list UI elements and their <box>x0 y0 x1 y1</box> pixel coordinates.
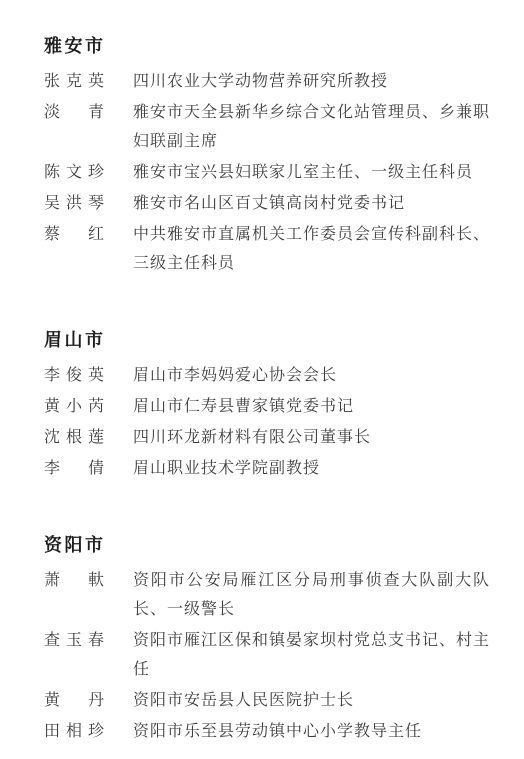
list-item: 吴洪琴 雅安市名山区百丈镇高岗村党委书记 <box>44 189 490 218</box>
list-item: 萧 軑 资阳市公安局雁江区分局刑事侦查大队副大队长、一级警长 <box>44 566 490 624</box>
person-name: 黄 丹 <box>44 686 104 715</box>
list-item: 蔡 红 中共雅安市直属机关工作委员会宣传科副科长、三级主任科员 <box>44 220 490 278</box>
person-title: 雅安市名山区百丈镇高岗村党委书记 <box>133 189 490 218</box>
person-title: 四川农业大学动物营养研究所教授 <box>133 67 490 96</box>
city-sections-list: 雅安市 张克英 四川农业大学动物营养研究所教授 淡 青 雅安市天全县新华乡综合文… <box>44 36 490 746</box>
list-item: 陈文珍 雅安市宝兴县妇联家儿室主任、一级主任科员 <box>44 158 490 187</box>
person-title: 眉山职业技术学院副教授 <box>133 454 490 483</box>
entries-list: 萧 軑 资阳市公安局雁江区分局刑事侦查大队副大队长、一级警长 查玉春 资阳市雁江… <box>44 566 490 746</box>
list-item: 李俊英 眉山市李妈妈爱心协会会长 <box>44 361 490 390</box>
person-name: 吴洪琴 <box>44 189 104 218</box>
list-item: 淡 青 雅安市天全县新华乡综合文化站管理员、乡兼职妇联副主席 <box>44 98 490 156</box>
list-item: 黄 丹 资阳市安岳县人民医院护士长 <box>44 686 490 715</box>
person-title: 资阳市安岳县人民医院护士长 <box>133 686 490 715</box>
city-heading: 资阳市 <box>44 535 490 555</box>
person-title: 中共雅安市直属机关工作委员会宣传科副科长、三级主任科员 <box>133 220 490 278</box>
list-item: 田相珍 资阳市乐至县劳动镇中心小学教导主任 <box>44 717 490 746</box>
entries-list: 张克英 四川农业大学动物营养研究所教授 淡 青 雅安市天全县新华乡综合文化站管理… <box>44 67 490 278</box>
city-section: 资阳市 萧 軑 资阳市公安局雁江区分局刑事侦查大队副大队长、一级警长 查玉春 资… <box>44 535 490 746</box>
list-item: 张克英 四川农业大学动物营养研究所教授 <box>44 67 490 96</box>
person-name: 淡 青 <box>44 98 104 127</box>
city-heading: 眉山市 <box>44 330 490 350</box>
person-title: 眉山市李妈妈爱心协会会长 <box>133 361 490 390</box>
document-page: 雅安市 张克英 四川农业大学动物营养研究所教授 淡 青 雅安市天全县新华乡综合文… <box>0 0 524 759</box>
list-item: 查玉春 资阳市雁江区保和镇晏家坝村党总支书记、村主任 <box>44 626 490 684</box>
city-section: 雅安市 张克英 四川农业大学动物营养研究所教授 淡 青 雅安市天全县新华乡综合文… <box>44 36 490 278</box>
person-name: 李 倩 <box>44 454 104 483</box>
person-title: 资阳市乐至县劳动镇中心小学教导主任 <box>133 717 490 746</box>
person-name: 陈文珍 <box>44 158 104 187</box>
person-title: 眉山市仁寿县曹家镇党委书记 <box>133 392 490 421</box>
person-name: 李俊英 <box>44 361 104 390</box>
person-name: 黄小芮 <box>44 392 104 421</box>
person-title: 雅安市天全县新华乡综合文化站管理员、乡兼职妇联副主席 <box>133 98 490 156</box>
person-name: 张克英 <box>44 67 104 96</box>
list-item: 沈根莲 四川环龙新材料有限公司董事长 <box>44 423 490 452</box>
list-item: 黄小芮 眉山市仁寿县曹家镇党委书记 <box>44 392 490 421</box>
city-section: 眉山市 李俊英 眉山市李妈妈爱心协会会长 黄小芮 眉山市仁寿县曹家镇党委书记 沈… <box>44 330 490 483</box>
person-name: 蔡 红 <box>44 220 104 249</box>
person-title: 资阳市公安局雁江区分局刑事侦查大队副大队长、一级警长 <box>133 566 490 624</box>
person-name: 查玉春 <box>44 626 104 655</box>
person-name: 萧 軑 <box>44 566 104 595</box>
person-name: 沈根莲 <box>44 423 104 452</box>
entries-list: 李俊英 眉山市李妈妈爱心协会会长 黄小芮 眉山市仁寿县曹家镇党委书记 沈根莲 四… <box>44 361 490 483</box>
person-title: 资阳市雁江区保和镇晏家坝村党总支书记、村主任 <box>133 626 490 684</box>
person-title: 四川环龙新材料有限公司董事长 <box>133 423 490 452</box>
person-name: 田相珍 <box>44 717 104 746</box>
person-title: 雅安市宝兴县妇联家儿室主任、一级主任科员 <box>133 158 490 187</box>
city-heading: 雅安市 <box>44 36 490 56</box>
list-item: 李 倩 眉山职业技术学院副教授 <box>44 454 490 483</box>
